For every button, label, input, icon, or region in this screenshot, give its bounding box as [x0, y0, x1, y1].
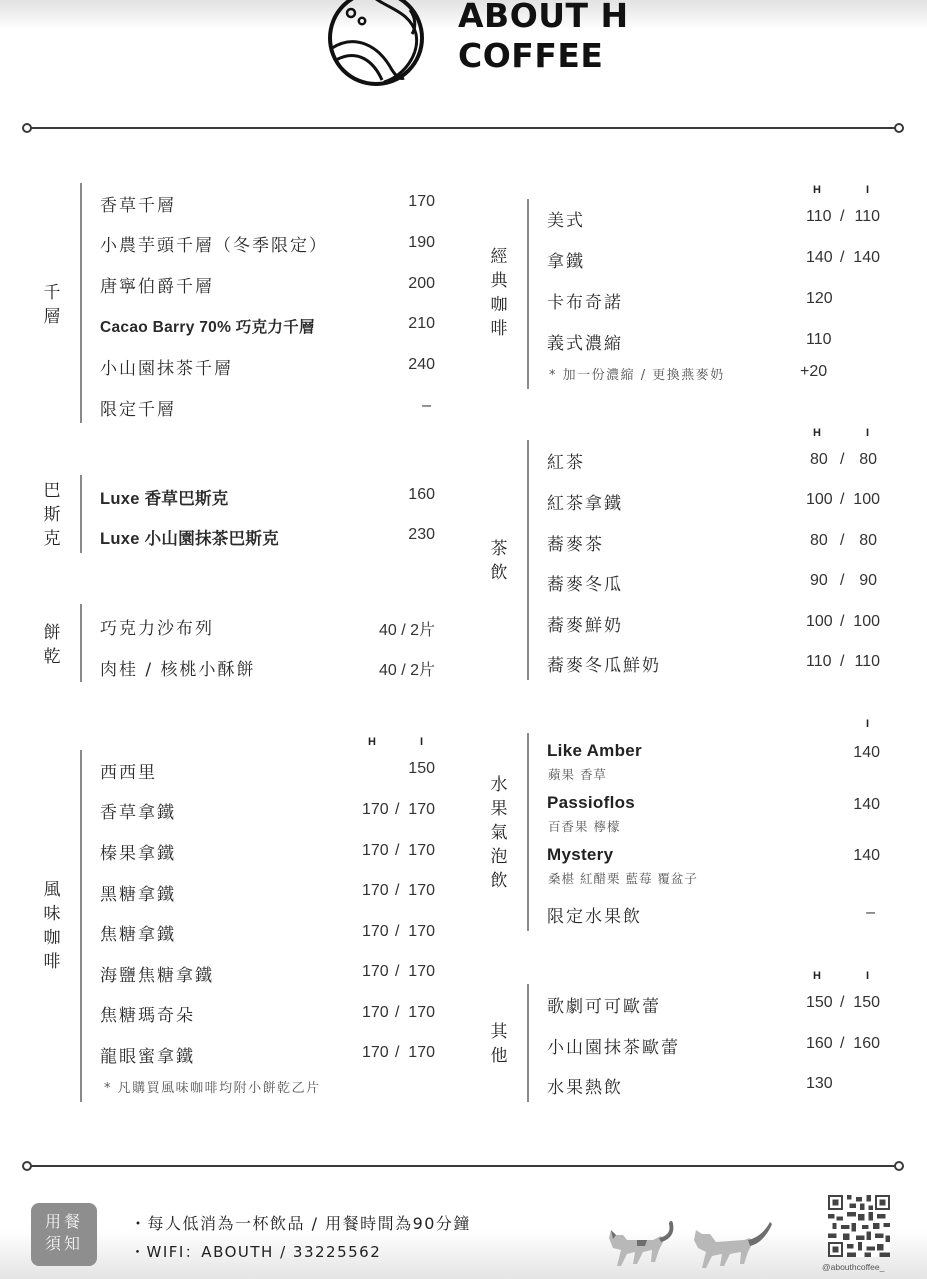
menu-item: 蕎麥茶	[547, 530, 604, 555]
price: 40 / 2片	[379, 657, 435, 680]
iced-header: I	[420, 736, 423, 748]
classic-coffee-note: * 加一份濃縮 / 更換燕麥奶	[549, 364, 725, 383]
menu-item: 水果熱飲	[547, 1073, 623, 1098]
menu-item: 蕎麥冬瓜	[547, 570, 623, 595]
hot-price: 80	[810, 451, 828, 469]
iced-price: 100	[853, 491, 880, 509]
label-char: 斯	[41, 503, 63, 527]
menu-item: Mystery	[547, 845, 613, 865]
iced-price: 170	[408, 1044, 435, 1062]
section-label-sparkling: 水 果 氣 泡 飲	[488, 773, 510, 893]
label-char: 巴	[41, 479, 63, 503]
label-char: 茶	[488, 537, 510, 561]
price-sep: /	[840, 451, 844, 469]
menu-item: 義式濃縮	[547, 329, 623, 354]
iced-header: I	[866, 718, 869, 730]
menu-item: 紅茶拿鐵	[547, 489, 623, 514]
iced-price: 170	[408, 882, 435, 900]
iced-header: I	[866, 184, 869, 196]
hot-price: 170	[362, 963, 389, 981]
section-bar	[80, 604, 82, 682]
price: –	[422, 397, 431, 415]
iced-header: I	[866, 427, 869, 439]
brand-line-1: ABOUT H	[458, 0, 629, 36]
menu-item: 焦糖拿鐵	[100, 920, 176, 945]
price: 160	[408, 486, 435, 504]
menu-item: 限定千層	[100, 395, 176, 420]
section-bar	[527, 440, 529, 680]
menu-item: 龍眼蜜拿鐵	[100, 1042, 195, 1067]
iced-price: 170	[408, 842, 435, 860]
label-char: 經	[488, 245, 510, 269]
hot-header: H	[813, 970, 821, 982]
menu-item: 歌劇可可歐蕾	[547, 992, 661, 1017]
price-sep: /	[840, 208, 844, 226]
hot-price: 170	[362, 923, 389, 941]
label-char: 餅	[41, 621, 63, 645]
menu-item: 蕎麥冬瓜鮮奶	[547, 651, 661, 676]
section-label-flavored-coffee: 風 味 咖 啡	[41, 878, 63, 974]
instagram-handle[interactable]: @abouthcoffee_	[822, 1262, 884, 1272]
price-sep: /	[840, 653, 844, 671]
iced-price: 140	[853, 744, 880, 762]
section-label-basque: 巴 斯 克	[41, 479, 63, 551]
iced-price: 140	[853, 796, 880, 814]
label-char: 飲	[488, 869, 510, 893]
bottom-divider	[22, 1161, 904, 1171]
iced-price: 150	[408, 760, 435, 778]
label-char: 層	[41, 305, 63, 329]
label-char: 克	[41, 527, 63, 551]
badge-line: 用餐	[31, 1211, 97, 1233]
iced-price: 160	[853, 1035, 880, 1053]
menu-item-desc: 蘋果 香草	[548, 765, 607, 783]
price-sep: /	[840, 1035, 844, 1053]
badge-line: 須知	[31, 1233, 97, 1255]
price-sep: /	[840, 994, 844, 1012]
section-label-others: 其 他	[488, 1020, 510, 1068]
price: 190	[408, 234, 435, 252]
menu-item: 紅茶	[547, 448, 585, 473]
menu-item: Cacao Barry 70% 巧克力千層	[100, 315, 315, 337]
calico-cat-icon	[603, 1218, 679, 1270]
section-bar	[527, 733, 529, 931]
price-sep: /	[395, 842, 399, 860]
price: 200	[408, 275, 435, 293]
menu-item-desc: 桑椹 紅醋栗 藍莓 覆盆子	[548, 869, 698, 887]
iced-price: 170	[408, 801, 435, 819]
price-sep: /	[395, 923, 399, 941]
iced-price: 80	[859, 451, 877, 469]
hot-price: 140	[806, 249, 833, 267]
menu-item: 榛果拿鐵	[100, 839, 176, 864]
brand-name: ABOUT H COFFEE	[458, 0, 629, 76]
section-bar	[80, 475, 82, 553]
flavored-coffee-note: * 凡購買風味咖啡均附小餅乾乙片	[104, 1077, 321, 1096]
label-char: 其	[488, 1020, 510, 1044]
hot-price: 80	[810, 532, 828, 550]
coffee-bean-logo-icon	[324, 0, 428, 88]
notice-wifi: ・WIFI：ABOUTH / 33225562	[130, 1241, 381, 1262]
grey-cat-icon	[690, 1218, 774, 1270]
price-sep: /	[840, 491, 844, 509]
price-sep: /	[840, 249, 844, 267]
price: 240	[408, 356, 435, 374]
label-char: 氣	[488, 821, 510, 845]
iced-price: 80	[859, 532, 877, 550]
section-label-cookies: 餅 乾	[41, 621, 63, 669]
menu-item: Luxe 小山園抹茶巴斯克	[100, 525, 279, 549]
menu-item: 唐寧伯爵千層	[100, 272, 214, 297]
price-sep: /	[840, 572, 844, 590]
price-sep: /	[840, 532, 844, 550]
iced-price: 170	[408, 923, 435, 941]
addon-price: +20	[800, 363, 827, 381]
hot-price: 130	[806, 1075, 833, 1093]
price-sep: /	[395, 1044, 399, 1062]
price-sep: /	[840, 613, 844, 631]
label-char: 味	[41, 902, 63, 926]
hot-header: H	[368, 736, 376, 748]
section-bar	[80, 750, 82, 1102]
brand-line-2: COFFEE	[458, 36, 629, 76]
iced-header: I	[866, 970, 869, 982]
menu-item: 香草拿鐵	[100, 798, 176, 823]
label-char: 典	[488, 269, 510, 293]
section-label-tea: 茶 飲	[488, 537, 510, 585]
hot-price: 120	[806, 290, 833, 308]
iced-price: 140	[853, 249, 880, 267]
section-bar	[527, 199, 529, 389]
hot-price: 110	[806, 208, 832, 226]
menu-item: 巧克力沙布列	[100, 614, 214, 639]
price: 170	[408, 193, 435, 211]
label-char: 他	[488, 1044, 510, 1068]
price: 40 / 2片	[379, 617, 435, 640]
hot-price: 170	[362, 1044, 389, 1062]
iced-price: 110	[854, 208, 880, 226]
hot-header: H	[813, 427, 821, 439]
iced-price: 150	[853, 994, 880, 1012]
hot-price: 170	[362, 842, 389, 860]
label-char: 咖	[488, 293, 510, 317]
price: 230	[408, 526, 435, 544]
label-char: 飲	[488, 561, 510, 585]
price-sep: /	[395, 882, 399, 900]
menu-item: 美式	[547, 206, 585, 231]
label-char: 風	[41, 878, 63, 902]
hot-price: 110	[806, 653, 832, 671]
menu-item-desc: 百香果 檸檬	[548, 817, 620, 835]
hot-price: 170	[362, 1004, 389, 1022]
label-char: 千	[41, 281, 63, 305]
menu-item: Passioflos	[547, 793, 635, 813]
menu-item: 焦糖瑪奇朵	[100, 1001, 195, 1026]
price-sep: /	[395, 963, 399, 981]
iced-price: 140	[853, 847, 880, 865]
price: 210	[408, 315, 435, 333]
iced-price: 170	[408, 1004, 435, 1022]
menu-item: 限定水果飲	[547, 902, 642, 927]
label-char: 咖	[41, 926, 63, 950]
price-sep: /	[395, 801, 399, 819]
iced-price: 90	[859, 572, 877, 590]
top-divider	[22, 123, 904, 133]
menu-item: 西西里	[100, 758, 157, 783]
notice-min-order: ・每人低消為一杯飲品 / 用餐時間為90分鐘	[130, 1211, 471, 1234]
iced-price: –	[866, 904, 875, 922]
dining-notice-badge: 用餐 須知	[31, 1203, 97, 1266]
section-label-classic-coffee: 經 典 咖 啡	[488, 245, 510, 341]
hot-price: 100	[806, 491, 833, 509]
label-char: 乾	[41, 645, 63, 669]
hot-price: 170	[362, 801, 389, 819]
iced-price: 110	[854, 653, 880, 671]
section-label-mille: 千 層	[41, 281, 63, 329]
hot-price: 150	[806, 994, 833, 1012]
hot-header: H	[813, 184, 821, 196]
menu-item: 拿鐵	[547, 247, 585, 272]
menu-item: 黑糖拿鐵	[100, 880, 176, 905]
hot-price: 110	[806, 331, 832, 349]
section-bar	[80, 183, 82, 423]
hot-price: 170	[362, 882, 389, 900]
menu-item: Like Amber	[547, 741, 642, 761]
label-char: 果	[488, 797, 510, 821]
section-bar	[527, 984, 529, 1102]
hot-price: 90	[810, 572, 828, 590]
menu-item: 香草千層	[100, 191, 176, 216]
menu-item: Luxe 香草巴斯克	[100, 485, 229, 509]
qr-code-icon[interactable]	[828, 1195, 890, 1257]
iced-price: 100	[853, 613, 880, 631]
menu-item: 肉桂 / 核桃小酥餅	[100, 655, 256, 680]
label-char: 啡	[41, 950, 63, 974]
menu-item: 卡布奇諾	[547, 288, 623, 313]
menu-item: 海鹽焦糖拿鐵	[100, 961, 214, 986]
hot-price: 160	[806, 1035, 833, 1053]
iced-price: 170	[408, 963, 435, 981]
menu-item: 小農芋頭千層（冬季限定）	[100, 231, 328, 256]
label-char: 水	[488, 773, 510, 797]
menu-item: 蕎麥鮮奶	[547, 611, 623, 636]
label-char: 啡	[488, 317, 510, 341]
menu-item: 小山園抹茶歐蕾	[547, 1033, 680, 1058]
price-sep: /	[395, 1004, 399, 1022]
hot-price: 100	[806, 613, 833, 631]
menu-item: 小山園抹茶千層	[100, 354, 233, 379]
label-char: 泡	[488, 845, 510, 869]
